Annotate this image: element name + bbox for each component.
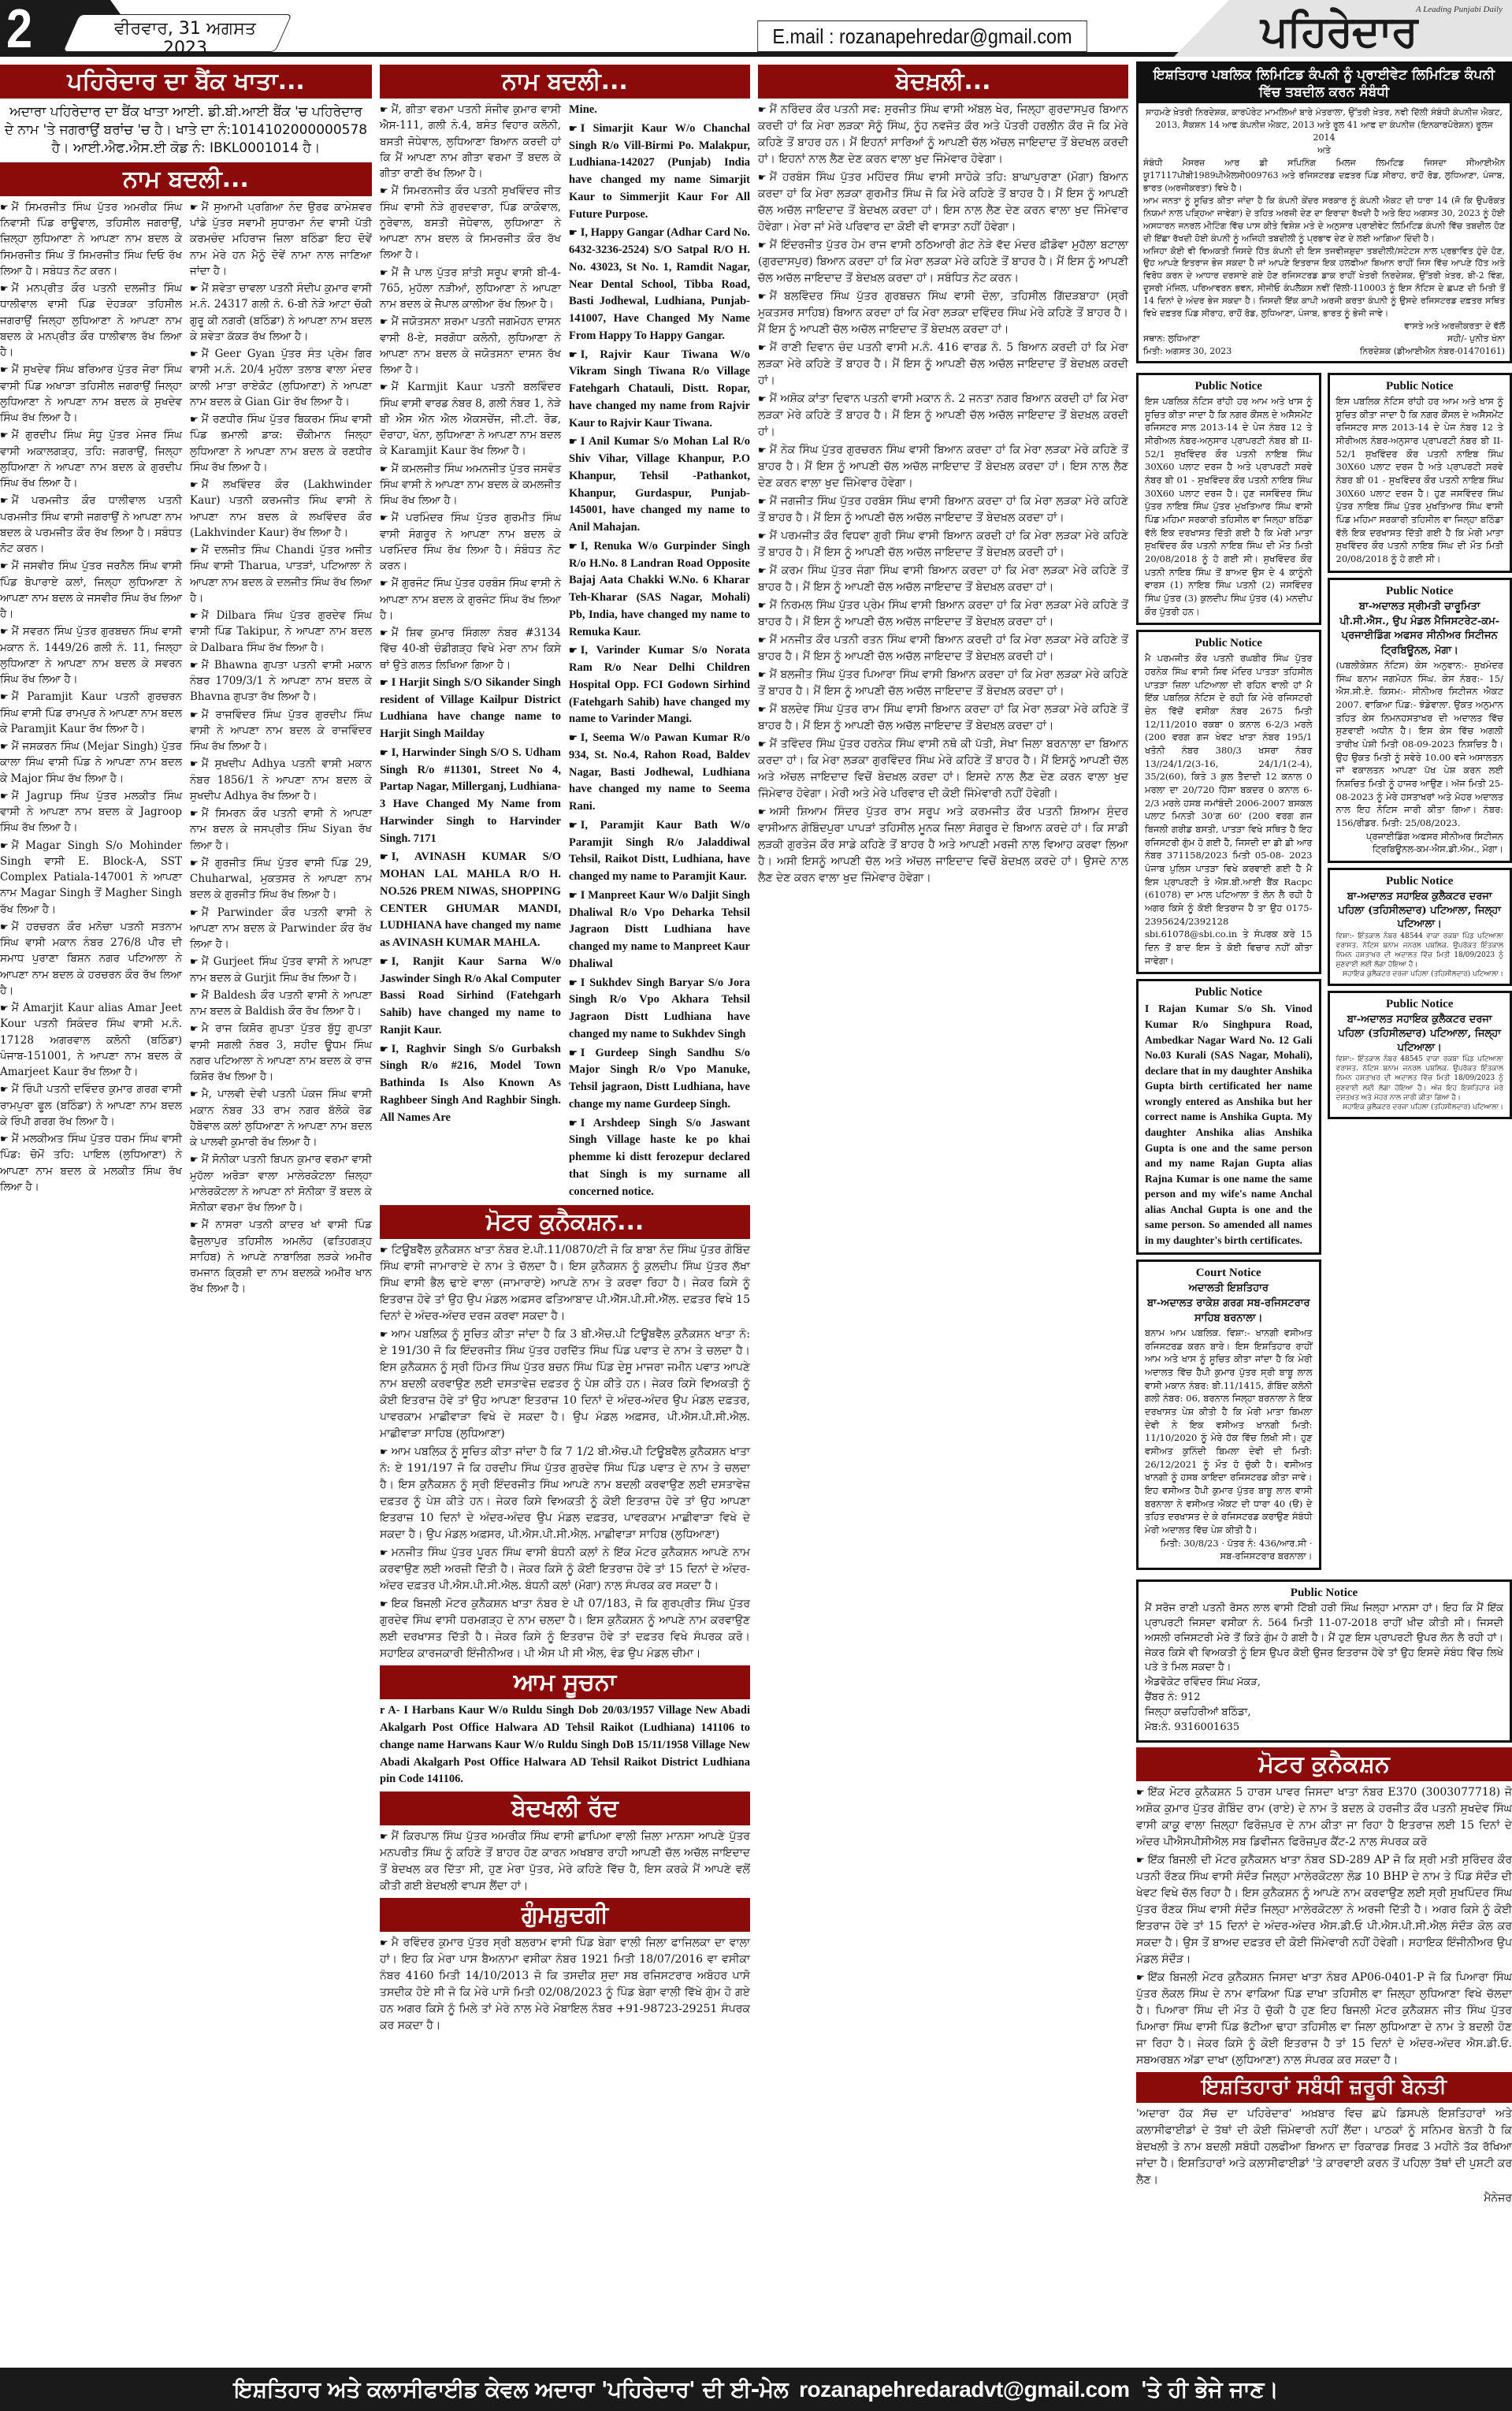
advocate-name: ਐਡਵੋਕੇਟ ਰਵਿੰਦਰ ਸਿੰਘ ਮੱਕੜ, xyxy=(1145,1676,1503,1691)
list-item: ☛ਮੈਂ ਜੈ ਪਾਲ ਪੁੱਤਰ ਸ਼ਾਂਤੀ ਸਰੂਪ ਵਾਸੀ ਬੀ-4-… xyxy=(380,265,561,313)
list-item: ☛I, AVINASH KUMAR S/O MOHAN LAL MAHLA R/… xyxy=(380,849,561,952)
pointing-hand-icon: ☛ xyxy=(758,172,767,183)
pointing-hand-icon: ☛ xyxy=(190,1154,199,1165)
pointing-hand-icon: ☛ xyxy=(380,1547,388,1558)
conversion-company: ਸੰਬੰਧੀ ਮੈਸਰਜ਼ ਆਰ ਡੀ ਸਪਿਨਿੰਗ ਮਿਲਜ ਲਿਮਟਿਡ … xyxy=(1143,157,1505,195)
list-item: ☛ਮੈਂ ਪਰਮਿੰਦਰ ਸਿੰਘ ਪੁੱਤਰ ਗੁਰਮੀਤ ਸਿੰਘ ਵਾਸੀ… xyxy=(380,510,561,574)
masthead: 2 ਵੀਰਵਾਰ, 31 ਅਗਸਤ 2023 E.mail : rozanape… xyxy=(0,0,1512,57)
list-item: ☛ਮੈਂ ਬਲਜੀਤ ਸਿੰਘ ਪੁੱਤਰ ਪਿਆਰਾ ਸਿੰਘ ਵਾਸੀ ਬਿ… xyxy=(758,667,1128,700)
conversion-and: ਅਤੇ xyxy=(1143,144,1505,157)
pointing-hand-icon: ☛ xyxy=(190,709,199,720)
column-4: ਇਸ਼ਤਿਹਾਰ ਪਬਲਿਕ ਲਿਮਿਟਿਡ ਕੰਪਨੀ ਨੂੰ ਪ੍ਰਾਈਵੇ… xyxy=(1136,61,1512,2208)
name-change-right-2: Mine. ☛I Simarjit Kaur W/o Chanchal Sing… xyxy=(569,102,750,1202)
pointing-hand-icon: ☛ xyxy=(380,627,388,638)
list-item: ☛ਮੈਂ ਨਿਰਮਲ ਸਿੰਘ ਪੁੱਤਰ ਪ੍ਰੇਮ ਸਿੰਘ ਵਾਸੀ ਬਿ… xyxy=(758,597,1128,631)
pointing-hand-icon: ☛ xyxy=(380,267,388,278)
pointing-hand-icon: ☛ xyxy=(190,907,199,918)
pointing-hand-icon: ☛ xyxy=(190,758,199,769)
mobile-number: ਮੋਬ:ਨੰ. 9316001635 xyxy=(1145,1721,1503,1736)
pointing-hand-icon: ☛ xyxy=(380,185,388,196)
notice-footer: ਪ੍ਰਜਾਈਡਿੰਗ ਅਫਸਰ ਸੀਨੀਅਰ ਸਿਟੀਜਨ ਟ੍ਰਿਬਿਊਨਲ-… xyxy=(1336,830,1504,856)
pointing-hand-icon: ☛ xyxy=(0,283,9,294)
notice-title: Public Notice xyxy=(1145,1587,1503,1600)
list-item: ☛ਮੈਂ Amarjit Kaur alias Amar Jeet Kour ਪ… xyxy=(0,1000,182,1080)
list-item: ☛ਮੈਂ Bhawna ਗੁਪਤਾ ਪਤਨੀ ਵਾਸੀ ਮਕਾਨ ਨੰਬਰ 17… xyxy=(190,657,372,705)
pointing-hand-icon: ☛ xyxy=(0,202,9,213)
list-item: ☛ਮੈਂ ਕਮਲਜੀਤ ਸਿੰਘ ਅਮਨਜੀਤ ਪੁੱਤਰ ਜਸਵੰਤ ਸਿੰਘ… xyxy=(380,461,561,509)
list-item: ☛I Anil Kumar S/o Mohan Lal R/o Shiv Vih… xyxy=(569,433,750,537)
disown-cancel-text: ☛ਮੈਂ ਕਿਰਪਾਲ ਸਿੰਘ ਪੁੱਤਰ ਅਮਰੀਕ ਸਿੰਘ ਵਾਸੀ ਛ… xyxy=(380,1829,750,1895)
pointing-hand-icon: ☛ xyxy=(0,1003,9,1014)
pointing-hand-icon: ☛ xyxy=(0,691,9,702)
list-item: ☛ਮੈਂ ਕਰਮ ਸਿੰਘ ਪੁੱਤਰ ਜੰਗਾ ਸਿੰਘ ਵਾਸੀ ਬਿਆਨ … xyxy=(758,563,1128,596)
company-conversion-notice: ਇਸ਼ਤਿਹਾਰ ਪਬਲਿਕ ਲਿਮਿਟਿਡ ਕੰਪਨੀ ਨੂੰ ਪ੍ਰਾਈਵੇ… xyxy=(1136,61,1512,363)
name-change-list-2: ☛ਮੈਂ, ਗੀਤਾ ਵਰਮਾ ਪਤਨੀ ਸੰਜੀਵ ਕੁਮਾਰ ਵਾਸੀ ਐਸ… xyxy=(380,102,750,1202)
pointing-hand-icon: ☛ xyxy=(380,956,388,967)
newspaper-logo: ਪਹਿਰੇਦਾਰ xyxy=(1261,6,1417,57)
notices-left: Public Notice ਇਸ ਪਬਲਿਕ ਨੋਟਿਸ ਰਾਂਹੀ ਹਰ ਆਮ… xyxy=(1136,368,1321,1575)
public-notice: Public Notice ਬਾ-ਅਦਾਲਤ ਸ੍ਰੀਮਤੀ ਚਾਰੂਮਿਤਾ … xyxy=(1328,578,1512,863)
pointing-hand-icon: ☛ xyxy=(758,496,767,507)
list-item: ☛ਮੈਂ Geer Gyan ਪੁੱਤਰ ਸੰਤ ਪ੍ਰੇਮ ਗਿਰ ਵਾਸੀ … xyxy=(190,346,372,410)
pointing-hand-icon: ☛ xyxy=(380,578,388,589)
list-item: ☛I, Varinder Kumar S/o Norata Ram R/o Ne… xyxy=(569,642,750,728)
pointing-hand-icon: ☛ xyxy=(758,530,767,541)
list-item: ☛ਮੈਂ ਸਵਰਨ ਸਿੰਘ ਪੁੱਤਰ ਗੁਰਬਚਨ ਸਿੰਘ ਵਾਸੀ ਮਕ… xyxy=(0,623,182,687)
pointing-hand-icon: ☛ xyxy=(190,808,199,819)
pointing-hand-icon: ☛ xyxy=(380,1598,388,1609)
list-item: ☛ਮੈਂ ਤਵਿੰਦਰ ਸਿੰਘ ਪੁੱਤਰ ਹਰਨੇਕ ਸਿੰਘ ਵਾਸੀ ਨ… xyxy=(758,736,1128,802)
page-number: 2 xyxy=(6,0,31,60)
pointing-hand-icon: ☛ xyxy=(0,840,9,851)
name-change-banner-2: ਨਾਮ ਬਦਲੀ... xyxy=(380,65,750,99)
list-item: ☛ਮੈਂ ਹਰਚਰਨ ਕੌਰ ਮਨੋਚਾ ਪਤਨੀ ਸਤਨਾਮ ਸਿੰਘ ਵਾਸ… xyxy=(0,919,182,999)
pointing-hand-icon: ☛ xyxy=(758,634,767,646)
pointing-hand-icon: ☛ xyxy=(758,291,767,302)
notice-title: Public Notice xyxy=(1336,380,1504,393)
list-item: ☛ਮੈਂ ਸੁਖਦੀਪ Adhya ਪਤਨੀ ਵਾਸੀ ਮਕਾਨ ਨੰਬਰ 18… xyxy=(190,756,372,804)
conversion-intro: ਸਾਹਮਣੇ ਖ਼ੇਤਰੀ ਨਿਰਦੇਸ਼ਕ, ਕਾਰਪੋਰੇਟ ਮਾਮਲਿਆਂ… xyxy=(1143,106,1505,144)
pointing-hand-icon: ☛ xyxy=(190,414,199,425)
pointing-hand-icon: ☛ xyxy=(758,393,767,404)
list-item: ☛I Gurdeep Singh Sandhu S/o Major Singh … xyxy=(569,1045,750,1114)
list-item: ☛ਮੈਂ ਜਸਕਰਨ ਸਿੰਘ (Mejar Singh) ਪੁੱਤਰ ਕਾਲਾ… xyxy=(0,739,182,787)
conversion-date: ਮਿਤੀ: ਅਗਸਤ 30, 2023 xyxy=(1143,345,1232,358)
list-item: ☛ਮੈਂ ਗੁਰਜੰਟ ਸਿੰਘ ਪੁੱਤਰ ਹਰਬੰਸ ਸਿੰਘ ਵਾਸੀ ਨ… xyxy=(380,575,561,623)
pointing-hand-icon: ☛ xyxy=(569,436,578,447)
pointing-hand-icon: ☛ xyxy=(758,342,767,353)
conversion-director: ਨਿਰਦੇਸ਼ਕ (ਡੀਆਈਐਨ ਨੰਬਰ-01470161) xyxy=(1360,345,1505,358)
court-notice: Court Notice ਅਦਾਲਤੀ ਇਸ਼ਤਿਹਾਰ ਬਾ-ਅਦਾਲਤ ਰਾ… xyxy=(1136,1259,1321,1570)
notice-title: Public Notice xyxy=(1336,875,1504,888)
pointing-hand-icon: ☛ xyxy=(380,677,388,688)
name-change-left-2: ☛ਮੈਂ, ਗੀਤਾ ਵਰਮਾ ਪਤਨੀ ਸੰਜੀਵ ਕੁਮਾਰ ਵਾਸੀ ਐਸ… xyxy=(380,102,561,1202)
list-item: ☛ਮੈਂ ਪਰਮਜੀਤ ਕੌਰ ਧਾਲੀਵਾਲ ਪਤਨੀ ਪਰਮਜੀਤ ਸਿੰਘ… xyxy=(0,493,182,556)
pointing-hand-icon: ☛ xyxy=(569,732,578,743)
pointing-hand-icon: ☛ xyxy=(380,316,388,327)
public-notice: Public Notice ਇਸ ਪਬਲਿਕ ਨੋਟਿਸ ਰਾਂਹੀ ਹਰ ਆਮ… xyxy=(1136,373,1321,625)
list-item: ☛ਮੈਂ Baldesh ਕੌਰ ਪਤਨੀ ਵਾਸੀ ਨੇ ਆਪਣਾ ਨਾਮ ਬ… xyxy=(190,988,372,1020)
list-item: Mine. xyxy=(569,102,750,119)
notice-footer: ਮਿਤੀ: 30/8/23 · ਪੱਤਰ ਨੰ: 436/ਆਰ.ਸੀ · ਸਬ-… xyxy=(1145,1537,1313,1563)
list-item: ☛ਮੈਂ ਇੰਦਰਜੀਤ ਪੁੱਤਰ ਹੇਮ ਰਾਜ ਵਾਸੀ ਠਠਿਆਰੀ ਗ… xyxy=(758,237,1128,287)
name-change-list: ☛ਮੈਂ ਸਿਮਰਜੀਤ ਸਿੰਘ ਪੁੱਤਰ ਅਮਰੀਕ ਸਿੰਘ ਨਿਵਾਸ… xyxy=(0,199,372,1299)
list-item: ☛I, Rajvir Kaur Tiwana W/o Vikram Singh … xyxy=(569,347,750,433)
public-notice: Public Notice ਮੈ ਪਰਮਜੀਤ ਕੌਰ ਪਤਨੀ ਰਘਬੀਰ ਸ… xyxy=(1136,630,1321,974)
list-item: ☛I Harjit Singh S/O Sikander Singh resid… xyxy=(380,675,561,743)
notice-subtitle: ਅਦਾਲਤੀ ਇਸ਼ਤਿਹਾਰ xyxy=(1145,1282,1313,1297)
list-item: ☛ਮੈਂ ਸਿਮਰਨ ਕੌਰ ਪਤਨੀ ਵਾਸੀ ਨੇ ਆਪਣਾ ਨਾਮ ਬਦਲ… xyxy=(190,806,372,854)
list-item: ☛ਮਨਜੀਤ ਸਿੰਘ ਪੁੱਤਰ ਪੂਰਨ ਸਿੰਘ ਵਾਸੀ ਬੰਧਨੀ ਕ… xyxy=(380,1545,750,1594)
pointing-hand-icon: ☛ xyxy=(758,104,767,115)
list-item: ☛ਇੱਕ ਮੋਟਰ ਕੁਨੈਕਸ਼ਨ 5 ਹਾਰਸ ਪਾਵਰ ਜਿਸਦਾ ਖਾਤ… xyxy=(1136,1784,1512,1851)
list-item: ☛ਮੈਂ Magar Singh S/o Mohinder Singh ਵਾਸੀ… xyxy=(0,838,182,917)
list-item: ☛ਮੈਂ ਰਿੰਪੀ ਪਤਨੀ ਦਵਿੰਦਰ ਕੁਮਾਰ ਗਰਗ ਵਾਸੀ ਰਾ… xyxy=(0,1081,182,1129)
list-item: ☛ਮੈਂ ਰਾਜਵਿੰਦਰ ਸਿੰਘ ਪੁੱਤਰ ਗੁਰਦੀਪ ਸਿੰਘ ਵਾਸ… xyxy=(190,707,372,755)
pointing-hand-icon: ☛ xyxy=(758,240,767,251)
list-item: ☛ਮੈਂ ਮਨਜੀਤ ਕੌਰ ਪਤਨੀ ਰਤਨ ਸਿੰਘ ਵਾਸੀ ਬਿਆਨ ਕ… xyxy=(758,632,1128,665)
list-item: ☛ਮੈਂ Gurjeet ਸਿੰਘ ਪੁੱਤਰ ਵਾਸੀ ਨੇ ਆਪਣਾ ਨਾਮ… xyxy=(190,954,372,986)
list-item: ☛ਮੈ ਰਾਜ ਕਿਸ਼ੋਰ ਗੁਪਤਾ ਪੁੱਤਰ ਬੁੱਧੂ ਗੁਪਤਾ ਵ… xyxy=(190,1021,372,1085)
conversion-signed: ਸਹੀ/- ਪੁਨੀਤ ਖੰਨਾ xyxy=(1447,333,1505,345)
pointing-hand-icon: ☛ xyxy=(380,463,388,474)
list-item: ☛ਮੈਂ ਨਾਸਰਾ ਪਤਨੀ ਕਾਦਰ ਖਾਂ ਵਾਸੀ ਪਿੰਡ ਫੈਜੁਲ… xyxy=(190,1217,372,1297)
notice-text: ਇਸ ਪਬਲਿਕ ਨੋਟਿਸ ਰਾਂਹੀ ਹਰ ਆਮ ਅਤੇ ਖਾਸ ਨੂੰ ਸ… xyxy=(1145,395,1313,618)
notice-title: Public Notice xyxy=(1145,380,1313,393)
pointing-hand-icon: ☛ xyxy=(190,858,199,869)
notice-text: (ਪਬਲੀਕੇਸ਼ਨ ਨੋਟਿਸ) ਕੇਸ ਅਨੁਵਾਨ:- ਸੁਖਮੰਦਰ ਸ… xyxy=(1336,659,1504,830)
property-public-notice: Public Notice ਮੈਂ ਸਰੋਜ ਰਾਣੀ ਪਤਨੀ ਰੋਸਨ ਲਾ… xyxy=(1136,1579,1512,1743)
pointing-hand-icon: ☛ xyxy=(1136,1855,1145,1866)
notice-text: ਬਨਾਮ ਆਮ ਪਬਲਿਕ. ਵਿਸ਼ਾ:- ਖਾਨਗੀ ਵਸੀਅਤ ਰਜਿਸਟ… xyxy=(1145,1326,1313,1537)
list-item: ☛I, Seema W/o Pawan Kumar R/o 934, St. N… xyxy=(569,730,750,816)
list-item: ☛ਮੈਂ ਜਗਜੀਤ ਸਿੰਘ ਪੁੱਤਰ ਹਰਬੰਸ ਸਿੰਘ ਵਾਸੀ ਬਿ… xyxy=(758,493,1128,526)
missing-text: ☛ਮੈ ਰਵਿੰਦਰ ਕੁਮਾਰ ਪੁੱਤਰ ਸ੍ਰੀ ਬਲਰਾਮ ਵਾਸੀ ਪ… xyxy=(380,1935,750,2034)
list-item: ☛ਮੈਂ ਸ਼ਵੇਤਾ ਚਾਵਲਾ ਪਤਨੀ ਸੰਦੀਪ ਕੁਮਾਰ ਵਾਸੀ … xyxy=(190,281,372,344)
notice-text: ਮੈਂ ਸਰੋਜ ਰਾਣੀ ਪਤਨੀ ਰੋਸਨ ਲਾਲ ਵਾਸੀ ਟਿੱਬੀ ਹ… xyxy=(1145,1602,1503,1676)
pointing-hand-icon: ☛ xyxy=(569,541,578,552)
list-item: ☛ਮੈਂ Dilbara ਸਿੰਘ ਪੁੱਤਰ ਗੁਰਦੇਵ ਸਿੰਘ ਵਾਸੀ… xyxy=(190,608,372,656)
column-1: ਪਹਿਰੇਦਾਰ ਦਾ ਬੈਂਕ ਖਾਤਾ... ਅਦਾਰਾ ਪਹਿਰੇਦਾਰ … xyxy=(0,61,372,1299)
list-item: ☛ਆਮ ਪਬਲਿਕ ਨੂੰ ਸੂਚਿਤ ਕੀਤਾ ਜਾਂਦਾ ਹੈ ਕਿ 7 1… xyxy=(380,1444,750,1543)
pointing-hand-icon: ☛ xyxy=(190,990,199,1001)
pointing-hand-icon: ☛ xyxy=(758,704,767,715)
notices-right: Public Notice ਇਸ ਪਬਲਿਕ ਨੋਟਿਸ ਰਾਂਹੀ ਹਰ ਆਮ… xyxy=(1328,368,1512,1575)
pointing-hand-icon: ☛ xyxy=(190,1088,199,1099)
list-item: ☛ਮੈਂ ਮਲਕੀਅਤ ਸਿੰਘ ਪੁੱਤਰ ਧਰਮ ਸਿੰਘ ਵਾਸੀ ਪਿੰ… xyxy=(0,1131,182,1195)
list-item: ☛ਮੈਂ ਜਯੋਤਸਨਾ ਸ਼ਰਮਾ ਪਤਨੀ ਜਗਮੋਹਨ ਦਾਸਨ ਵਾਸੀ… xyxy=(380,314,561,378)
list-item: ☛ਮੈਂ ਗੁਰਜੀਤ ਸਿੰਘ ਪੁੱਤਰ ਵਾਸੀ ਪਿੰਡ 29, Chu… xyxy=(190,855,372,903)
list-item: ☛I, Ranjit Kaur Sarna W/o Jaswinder Sing… xyxy=(380,954,561,1040)
list-item: ☛ਮੈਂ ਹਰਬੰਸ ਸਿੰਘ ਪੁੱਤਰ ਮਹਿੰਦਰ ਸਿੰਘ ਵਾਸੀ ਸ… xyxy=(758,169,1128,236)
name-change-right: ☛ਮੈਂ ਸੁਆਮੀ ਪ੍ਰਗਿਆ ਨੰਦ ਉਰਫ ਕਾਮੇਸ਼ਵਰ ਪਾਂਡੇ… xyxy=(190,199,372,1299)
list-item: ☛ਮੈਂ ਪਰਮਜੀਤ ਕੌਰ ਵਿਧਵਾ ਗੁਰੀ ਸਿੰਘ ਵਾਸੀ ਬਿਆ… xyxy=(758,528,1128,561)
notice-text: ਵਿਸ਼ਾ:- ਇੰਤਕਾਲ ਨੰਬਰ 48544 ਵਾਕਾ ਰਕਬਾ ਪਿੰਡ… xyxy=(1336,932,1504,970)
conversion-signature-row-2: ਮਿਤੀ: ਅਗਸਤ 30, 2023 ਨਿਰਦੇਸ਼ਕ (ਡੀਆਈਐਨ ਨੰਬ… xyxy=(1143,345,1505,358)
list-item: ☛ਮੈਂ ਲਖਵਿੰਦਰ ਕੌਰ (Lakhwinder Kaur) ਪਤਨੀ … xyxy=(190,477,372,541)
logo-tagline: A Leading Punjabi Daily xyxy=(1416,5,1503,14)
pointing-hand-icon: ☛ xyxy=(380,1831,388,1842)
pointing-hand-icon: ☛ xyxy=(569,890,578,901)
pointing-hand-icon: ☛ xyxy=(380,1446,388,1457)
notice-title: Public Notice xyxy=(1336,998,1504,1011)
conversion-place: ਸਥਾਨ: ਲੁਧਿਆਣਾ xyxy=(1143,333,1200,345)
list-item: ☛I Sukhdev Singh Baryar S/o Jora Singh R… xyxy=(569,975,750,1044)
pointing-hand-icon: ☛ xyxy=(758,669,767,680)
notice-heading: ਬਾ-ਅਦਾਲਤ ਰਾਕੇਸ਼ ਗਰਗ ਸਬ-ਰਜਿਸਟਰਾਰ ਸਾਹਿਬ ਬਰ… xyxy=(1145,1297,1313,1326)
notice-text: ਵਿਸ਼ਾ:- ਇੰਤਕਾਲ ਨੰਬਰ 48545 ਵਾਕਾ ਰਕਬਾ ਪਿੰਡ… xyxy=(1336,1055,1504,1103)
pointing-hand-icon: ☛ xyxy=(1136,1787,1145,1798)
header-rule xyxy=(0,52,1229,57)
disownment-banner: ਬੇਦਖ਼ਲੀ... xyxy=(758,65,1128,99)
pointing-hand-icon: ☛ xyxy=(758,445,767,456)
list-item: ☛ਇੱਕ ਬਿਜਲੀ ਦੀ ਮੋਟਰ ਕੁਨੈਕਸ਼ਨ ਖਾਤਾ ਨੰਬਰ SD… xyxy=(1136,1852,1512,1968)
list-item: ☛ਮੈਂ ਸੁਖਦੇਵ ਸਿੰਘ ਬਰਿਆਰ ਪੁੱਤਰ ਜੋਰਾ ਸਿੰਘ ਵ… xyxy=(0,362,182,426)
list-item: ☛I, Happy Gangar (Adhar Card No. 6432-32… xyxy=(569,225,750,344)
footer-ad-email[interactable]: rozanapehredaradvt@gmail.com xyxy=(799,2377,1129,2402)
column-2: ਨਾਮ ਬਦਲੀ... ☛ਮੈਂ, ਗੀਤਾ ਵਰਮਾ ਪਤਨੀ ਸੰਜੀਵ ਕ… xyxy=(380,61,750,2036)
list-item: ☛ਮੈਂ ਮਨਪ੍ਰੀਤ ਕੌਰ ਪਤਨੀ ਦਲਜੀਤ ਸਿੰਘ ਧਾਲੀਵਾਲ… xyxy=(0,281,182,360)
notice-heading: ਬਾ-ਅਦਾਲਤ ਸ੍ਰੀਮਤੀ ਚਾਰੂਮਿਤਾ ਪੀ.ਸੀ.ਐਸ., ਉਪ … xyxy=(1336,600,1504,659)
list-item: ☛I, Raghvir Singh S/o Gurbaksh Singh R/o… xyxy=(380,1041,561,1127)
public-notice: Public Notice ਇਸ ਪਬਲਿਕ ਨੋਟਿਸ ਰਾਂਹੀ ਹਰ ਆਮ… xyxy=(1328,373,1512,573)
notice-text: ਇਸ ਪਬਲਿਕ ਨੋਟਿਸ ਰਾਂਹੀ ਹਰ ਆਮ ਅਤੇ ਖਾਸ ਨੂੰ ਸ… xyxy=(1336,395,1504,566)
notice-title: Public Notice xyxy=(1145,986,1313,999)
list-item: ☛I, Harwinder Singh S/O S. Udham Singh R… xyxy=(380,745,561,848)
public-notice: Public Notice ਬਾ-ਅਦਾਲਤ ਸਹਾਇਕ ਕੁਲੈਕਟਰ ਦਰਜ… xyxy=(1328,991,1512,1118)
conversion-notice-body: ਸਾਹਮਣੇ ਖ਼ੇਤਰੀ ਨਿਰਦੇਸ਼ਕ, ਕਾਰਪੋਰੇਟ ਮਾਮਲਿਆਂ… xyxy=(1139,103,1510,361)
pointing-hand-icon: ☛ xyxy=(569,977,578,988)
conversion-notice-title: ਇਸ਼ਤਿਹਾਰ ਪਬਲਿਕ ਲਿਮਿਟਿਡ ਕੰਪਨੀ ਨੂੰ ਪ੍ਰਾਈਵੇ… xyxy=(1139,64,1510,103)
list-item: ☛ਮੈਂ ਸਿਮਰਨਜੀਤ ਕੌਰ ਪਤਨੀ ਸੁਖਵਿੰਦਰ ਜੀਤ ਸਿੰਘ… xyxy=(380,183,561,262)
notice-text: I Rajan Kumar S/o Sh. Vinod Kumar R/o Si… xyxy=(1145,1001,1313,1248)
name-change-banner: ਨਾਮ ਬਦਲੀ... xyxy=(0,162,372,196)
list-item: ☛ਮੈਂ Jagrup ਸਿੰਘ ਪੁੱਤਰ ਮਲਕੀਤ ਸਿੰਘ ਵਾਸੀ ਨ… xyxy=(0,788,182,836)
pointing-hand-icon: ☛ xyxy=(0,1133,9,1144)
footer-text-before: ਇਸ਼ਤਿਹਾਰ ਅਤੇ ਕਲਾਸੀਫਾਈਡ ਕੇਵਲ ਅਦਾਰਾ 'ਪਹਿਰੇ… xyxy=(234,2376,788,2403)
pointing-hand-icon: ☛ xyxy=(569,227,578,238)
chamber-number: ਚੈਂਬਰ ਨੰ: 912 xyxy=(1145,1691,1503,1706)
pointing-hand-icon: ☛ xyxy=(758,739,767,750)
list-item: ☛ਇੱਕ ਬਿਜਲੀ ਮੋਟਰ ਕੁਨੈਕਸ਼ਨ ਜਿਸਦਾ ਖਾਤਾ ਨੰਬਰ… xyxy=(1136,1970,1512,2069)
pointing-hand-icon: ☛ xyxy=(0,430,9,441)
pointing-hand-icon: ☛ xyxy=(190,660,199,671)
conversion-signature-row-1: ਸਥਾਨ: ਲੁਧਿਆਣਾ ਸਹੀ/- ਪੁਨੀਤ ਖੰਨਾ xyxy=(1143,333,1505,345)
general-notice-banner: ਆਮ ਸੂਚਨਾ xyxy=(380,1665,750,1699)
pointing-hand-icon: ☛ xyxy=(0,364,9,375)
list-item: ☛ਮੈਂ ਸਿਮਰਜੀਤ ਸਿੰਘ ਪੁੱਤਰ ਅਮਰੀਕ ਸਿੰਘ ਨਿਵਾਸ… xyxy=(0,199,182,279)
pointing-hand-icon: ☛ xyxy=(380,1329,388,1340)
list-item: ☛ਮੈਂ ਦਲਜੀਤ ਸਿੰਘ Chandi ਪੁੱਤਰ ਅਜੀਤ ਸਿੰਘ ਵ… xyxy=(190,542,372,606)
pointing-hand-icon: ☛ xyxy=(0,495,9,506)
pointing-hand-icon: ☛ xyxy=(0,560,9,571)
ad-request-text: 'ਅਦਾਰਾ ਹੱਕ ਸੱਚ ਦਾ ਪਹਿਰੇਦਾਰ' ਅਖ਼ਬਾਰ ਵਿਚ ਛ… xyxy=(1136,2106,1512,2189)
pointing-hand-icon: ☛ xyxy=(380,747,388,758)
conversion-for: ਵਾਸਤੇ ਅਤੇ ਅਰਜ਼ੀਕਰਤਾ ਦੇ ਵੱਲੋਂ xyxy=(1143,320,1505,333)
pointing-hand-icon: ☛ xyxy=(758,806,767,817)
list-item: ☛ਮੈਂ ਸੁਆਮੀ ਪ੍ਰਗਿਆ ਨੰਦ ਉਰਫ ਕਾਮੇਸ਼ਵਰ ਪਾਂਡੇ… xyxy=(190,199,372,279)
pointing-hand-icon: ☛ xyxy=(569,645,578,656)
pointing-hand-icon: ☛ xyxy=(0,921,9,932)
pointing-hand-icon: ☛ xyxy=(190,479,199,490)
pointing-hand-icon: ☛ xyxy=(380,851,388,862)
pointing-hand-icon: ☛ xyxy=(190,283,199,294)
list-item: ☛ਮੈਂ ਅਸ਼ੋਕ ਕਾਂਤਾ ਦਿਵਾਨ ਪਤਨੀ ਵਾਸੀ ਮਕਾਨ ਨੰ… xyxy=(758,391,1128,441)
pointing-hand-icon: ☛ xyxy=(190,956,199,967)
list-item: ☛ਮੈ, ਪਾਲਵੀ ਦੇਵੀ ਪਤਨੀ ਪੰਕਜ ਸਿੰਘ ਵਾਸੀ ਮਕਾਨ… xyxy=(190,1086,372,1150)
bank-account-text: ਅਦਾਰਾ ਪਹਿਰੇਦਾਰ ਦਾ ਬੈਂਕ ਖਾਤਾ ਆਈ. ਡੀ.ਬੀ.ਆਈ… xyxy=(0,102,372,159)
pointing-hand-icon: ☛ xyxy=(380,1937,388,1948)
pointing-hand-icon: ☛ xyxy=(569,1118,578,1129)
pointing-hand-icon: ☛ xyxy=(380,1245,388,1256)
pointing-hand-icon: ☛ xyxy=(190,202,199,213)
pointing-hand-icon: ☛ xyxy=(0,626,9,637)
list-item: ☛ਮੈਂ ਨੇਕ ਸਿੰਘ ਪੁੱਤਰ ਗੁਰਚਰਨ ਸਿੰਘ ਵਾਸੀ ਬਿਆ… xyxy=(758,442,1128,492)
motor-connection-banner-2: ਮੋਟਰ ਕੁਨੈਕਸ਼ਨ xyxy=(1136,1747,1512,1781)
list-item: ☛ਮੈਂ ਬਲਦੇਵ ਸਿੰਘ ਪੁੱਤਰ ਰਾਮ ਸਿੰਘ ਵਾਸੀ ਬਿਆਨ… xyxy=(758,701,1128,735)
public-notices-grid: Public Notice ਇਸ ਪਬਲਿਕ ਨੋਟਿਸ ਰਾਂਹੀ ਹਰ ਆਮ… xyxy=(1136,368,1512,1575)
list-item: ☛ਟਿਊਬਵੈੱਲ ਕੁਨੈਕਸ਼ਨ ਖਾਤਾ ਨੰਬਰ ਏ.ਪੀ.11/087… xyxy=(380,1242,750,1325)
notice-title: Public Notice xyxy=(1145,637,1313,650)
pointing-hand-icon: ☛ xyxy=(380,381,388,393)
motor-connection-banner: ਮੋਟਰ ਕੁਨੈਕਸ਼ਨ... xyxy=(380,1205,750,1239)
public-notice: Public Notice I Rajan Kumar S/o Sh. Vino… xyxy=(1136,979,1321,1255)
notice-heading: ਬਾ-ਅਦਾਲਤ ਸਹਾਇਕ ਕੁਲੈਕਟਰ ਦਰਜਾ ਪਹਿਲਾ (ਤਹਿਸੀ… xyxy=(1336,1013,1504,1055)
notice-title: Court Notice xyxy=(1145,1267,1313,1280)
pointing-hand-icon: ☛ xyxy=(569,123,578,134)
list-item: ☛ਮੈਂ ਰਾਣੀ ਦਿਵਾਨ ਚੰਦ ਪਤਨੀ ਵਾਸੀ ਮ.ਨੰ. 416 … xyxy=(758,340,1128,389)
list-item: ☛ਮੈਂ ਰਣਧੀਰ ਸਿੰਘ ਪੁੱਤਰ ਬਿਕਰਮ ਸਿੰਘ ਵਾਸੀ ਪਿ… xyxy=(190,411,372,475)
list-item: ☛I Manpreet Kaur W/o Daljit Singh Dhaliw… xyxy=(569,887,750,973)
header-email[interactable]: E.mail : rozanapehredar@gmail.com xyxy=(757,20,1087,52)
pointing-hand-icon: ☛ xyxy=(0,791,9,802)
conversion-para-1: ਆਮ ਜਨਤਾ ਨੂੰ ਸੂਚਿਤ ਕੀਤਾ ਜਾਂਦਾ ਹੈ ਕਿ ਕੰਪਨੀ… xyxy=(1143,195,1505,245)
notice-footer: ਸਹਾਇਕ ਕੁਲੈਕਟਰ ਦਰਜਾ ਪਹਿਲਾ (ਤਹਿਸੀਲਦਾਰ) ਪਟਿ… xyxy=(1336,1103,1504,1112)
pointing-hand-icon: ☛ xyxy=(758,600,767,611)
list-item: ☛ਮੈਂ ਸੋਨੀਕਾ ਪਤਨੀ ਬਿਪਨ ਕੁਮਾਰ ਵਰਮਾ ਵਾਸੀ ਮੁ… xyxy=(190,1152,372,1215)
notice-footer: ਸਹਾਇਕ ਕੁਲੈਕਟਰ ਦਰਜਾ ਪਹਿਲਾ (ਤਹਿਸੀਲਦਾਰ) ਪਟਿ… xyxy=(1336,969,1504,979)
pointing-hand-icon: ☛ xyxy=(380,104,388,115)
ad-request-banner: ਇਸ਼ਤਿਹਾਰਾਂ ਸਬੰਧੀ ਜ਼ਰੂਰੀ ਬੇਨਤੀ xyxy=(1136,2072,1512,2103)
list-item: ☛ਮੈਂ Karmjit Kaur ਪਤਨੀ ਬਲਵਿੰਦਰ ਸਿੰਘ ਵਾਸੀ… xyxy=(380,379,561,459)
footer-text-after: 'ਤੇ ਹੀ ਭੇਜੇ ਜਾਣ। xyxy=(1141,2376,1279,2403)
pointing-hand-icon: ☛ xyxy=(380,512,388,523)
list-item: ☛ਇਕ ਬਿਜਲੀ ਮੋਟਰ ਕੁਨੈਕਸ਼ਨ ਖਾਤਾ ਨੰਬਰ ਏ ਪੀ 0… xyxy=(380,1596,750,1662)
list-item: ☛ਮੈਂ ਜਸਵੀਰ ਸਿੰਘ ਪੁੱਤਰ ਜਰਨੈਲ ਸਿੰਘ ਵਾਸੀ ਪਿ… xyxy=(0,558,182,622)
list-item: ☛ਮੈਂ Parwinder ਕੌਰ ਪਤਨੀ ਵਾਸੀ ਨੇ ਆਪਣਾ ਨਾਮ… xyxy=(190,905,372,953)
pointing-hand-icon: ☛ xyxy=(1136,1972,1145,1983)
footer-banner: ਇਸ਼ਤਿਹਾਰ ਅਤੇ ਕਲਾਸੀਫਾਈਡ ਕੇਵਲ ਅਦਾਰਾ 'ਪਹਿਰੇ… xyxy=(0,2368,1512,2411)
pointing-hand-icon: ☛ xyxy=(569,349,578,360)
public-notice: Public Notice ਬਾ-ਅਦਾਲਤ ਸਹਾਇਕ ਕੁਲੈਕਟਰ ਦਰਜ… xyxy=(1328,868,1512,986)
notice-heading: ਬਾ-ਅਦਾਲਤ ਸਹਾਇਕ ਕੁਲੈਕਟਰ ਦਰਜਾ ਪਹਿਲਾ (ਤਹਿਸੀ… xyxy=(1336,890,1504,932)
missing-banner: ਗੁੰਮਸ਼ੁਦਗੀ xyxy=(380,1898,750,1932)
list-item: ☛ਮੈਂ ਗੁਰਦੀਪ ਸਿੰਘ ਸੰਧੂ ਪੁੱਤਰ ਮੇਜਰ ਸਿੰਘ ਵਾ… xyxy=(0,427,182,491)
pointing-hand-icon: ☛ xyxy=(190,610,199,621)
pointing-hand-icon: ☛ xyxy=(0,741,9,752)
pointing-hand-icon: ☛ xyxy=(0,1084,9,1095)
list-item: ☛I Simarjit Kaur W/o Chanchal Singh R/o … xyxy=(569,121,750,224)
pointing-hand-icon: ☛ xyxy=(569,820,578,831)
pointing-hand-icon: ☛ xyxy=(569,1047,578,1059)
bank-account-banner: ਪਹਿਰੇਦਾਰ ਦਾ ਬੈਂਕ ਖਾਤਾ... xyxy=(0,65,372,99)
court-location: ਜਿਲ੍ਹਾ ਕਚਹਿਰੀਆਂ ਬਠਿੰਡਾ, xyxy=(1145,1706,1503,1721)
name-change-left: ☛ਮੈਂ ਸਿਮਰਜੀਤ ਸਿੰਘ ਪੁੱਤਰ ਅਮਰੀਕ ਸਿੰਘ ਨਿਵਾਸ… xyxy=(0,199,182,1299)
ad-request-signature: ਮੈਨੇਜਰ xyxy=(1136,2190,1512,2207)
pointing-hand-icon: ☛ xyxy=(190,1219,199,1230)
notice-text: ਮੈ ਪਰਮਜੀਤ ਕੌਰ ਪਤਨੀ ਰਘਬੀਰ ਸਿੰਘ ਪੁੱਤਰ ਹਰਨੇ… xyxy=(1145,652,1313,967)
pointing-hand-icon: ☛ xyxy=(380,1044,388,1055)
list-item: ☛ਆਮ ਪਬਲਿਕ ਨੂੰ ਸੂਚਿਤ ਕੀਤਾ ਜਾਂਦਾ ਹੈ ਕਿ 3 ਬ… xyxy=(380,1326,750,1442)
conversion-para-2: ਅਜਿਹਾ ਕੋਈ ਵੀ ਵਿਅਕਤੀ ਜਿਸਦੇ ਹਿੱਤ ਕੰਪਨੀ ਦੀ … xyxy=(1143,245,1505,321)
list-item: ☛ਮੈਂ, ਗੀਤਾ ਵਰਮਾ ਪਤਨੀ ਸੰਜੀਵ ਕੁਮਾਰ ਵਾਸੀ ਐਸ… xyxy=(380,102,561,181)
pointing-hand-icon: ☛ xyxy=(190,545,199,556)
list-item: ☛I, Paramjit Kaur Bath W/o Paramjit Sing… xyxy=(569,817,750,886)
column-3: ਬੇਦਖ਼ਲੀ... ☛ਮੈਂ ਨਰਿੰਦਰ ਕੌਰ ਪਤਨੀ ਸਵ: ਸੁਰਜ… xyxy=(758,61,1128,888)
pointing-hand-icon: ☛ xyxy=(758,565,767,576)
disown-cancel-banner: ਬੇਦਖਲੀ ਰੱਦ xyxy=(380,1792,750,1825)
list-item: ☛I Arshdeep Singh S/o Jaswant Singh Vill… xyxy=(569,1115,750,1201)
list-item: ☛ਮੈਂ ਸ਼ਿਵ ਕੁਮਾਰ ਸਿੰਗਲਾ ਨੰਬਰ #3134 ਵਿੱਚ 4… xyxy=(380,625,561,673)
general-notice-text: r A- I Harbans Kaur W/o Ruldu Singh Dob … xyxy=(380,1702,750,1788)
notice-title: Public Notice xyxy=(1336,585,1504,598)
pointing-hand-icon: ☛ xyxy=(190,1023,199,1034)
list-item: ☛ਮੈਂ Paramjit Kaur ਪਤਨੀ ਗੁਰਚਰਨ ਸਿੰਘ ਵਾਸੀ… xyxy=(0,689,182,737)
pointing-hand-icon: ☛ xyxy=(190,348,199,359)
list-item: ☛ਮੈਂ ਬਲਵਿੰਦਰ ਸਿੰਘ ਪੁੱਤਰ ਗੁਰਬਚਨ ਸਿੰਘ ਵਾਸੀ… xyxy=(758,288,1128,338)
list-item: ☛ਅਸੀ ਸ਼ਿਆਮ ਸਿੰਦਰ ਪੁੱਤਰ ਰਾਮ ਸਰੂਪ ਅਤੇ ਕਰਮਜ… xyxy=(758,804,1128,887)
list-item: ☛I, Renuka W/o Gurpinder Singh R/o H.No.… xyxy=(569,538,750,642)
list-item: ☛ਮੈਂ ਨਰਿੰਦਰ ਕੌਰ ਪਤਨੀ ਸਵ: ਸੁਰਜੀਤ ਸਿੰਘ ਵਾਸ… xyxy=(758,102,1128,168)
